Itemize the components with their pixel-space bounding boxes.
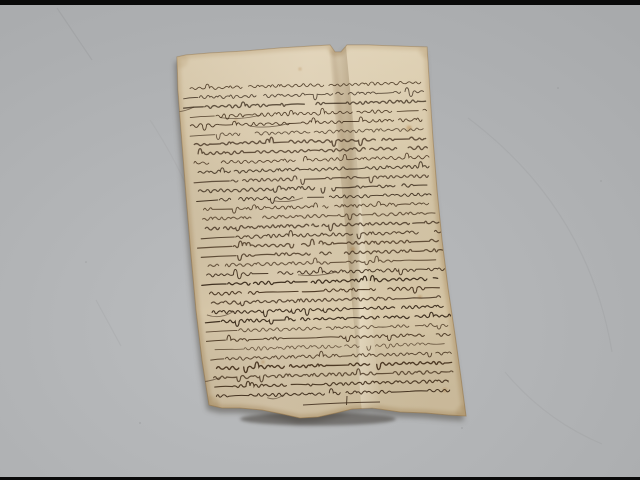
closing-cross	[347, 396, 348, 405]
foxing-spot	[235, 119, 238, 122]
dust-speck	[85, 261, 87, 263]
photo-frame	[0, 0, 640, 480]
letterbox-top-bar	[0, 0, 640, 5]
manuscript-photo	[0, 0, 640, 480]
dust-speck	[600, 180, 601, 181]
dust-speck	[139, 422, 141, 424]
foxing-spot	[299, 68, 302, 71]
foxing-spot	[261, 360, 264, 363]
dust-speck	[461, 427, 463, 429]
foxing-spot	[351, 247, 355, 251]
dust-speck	[557, 87, 559, 89]
